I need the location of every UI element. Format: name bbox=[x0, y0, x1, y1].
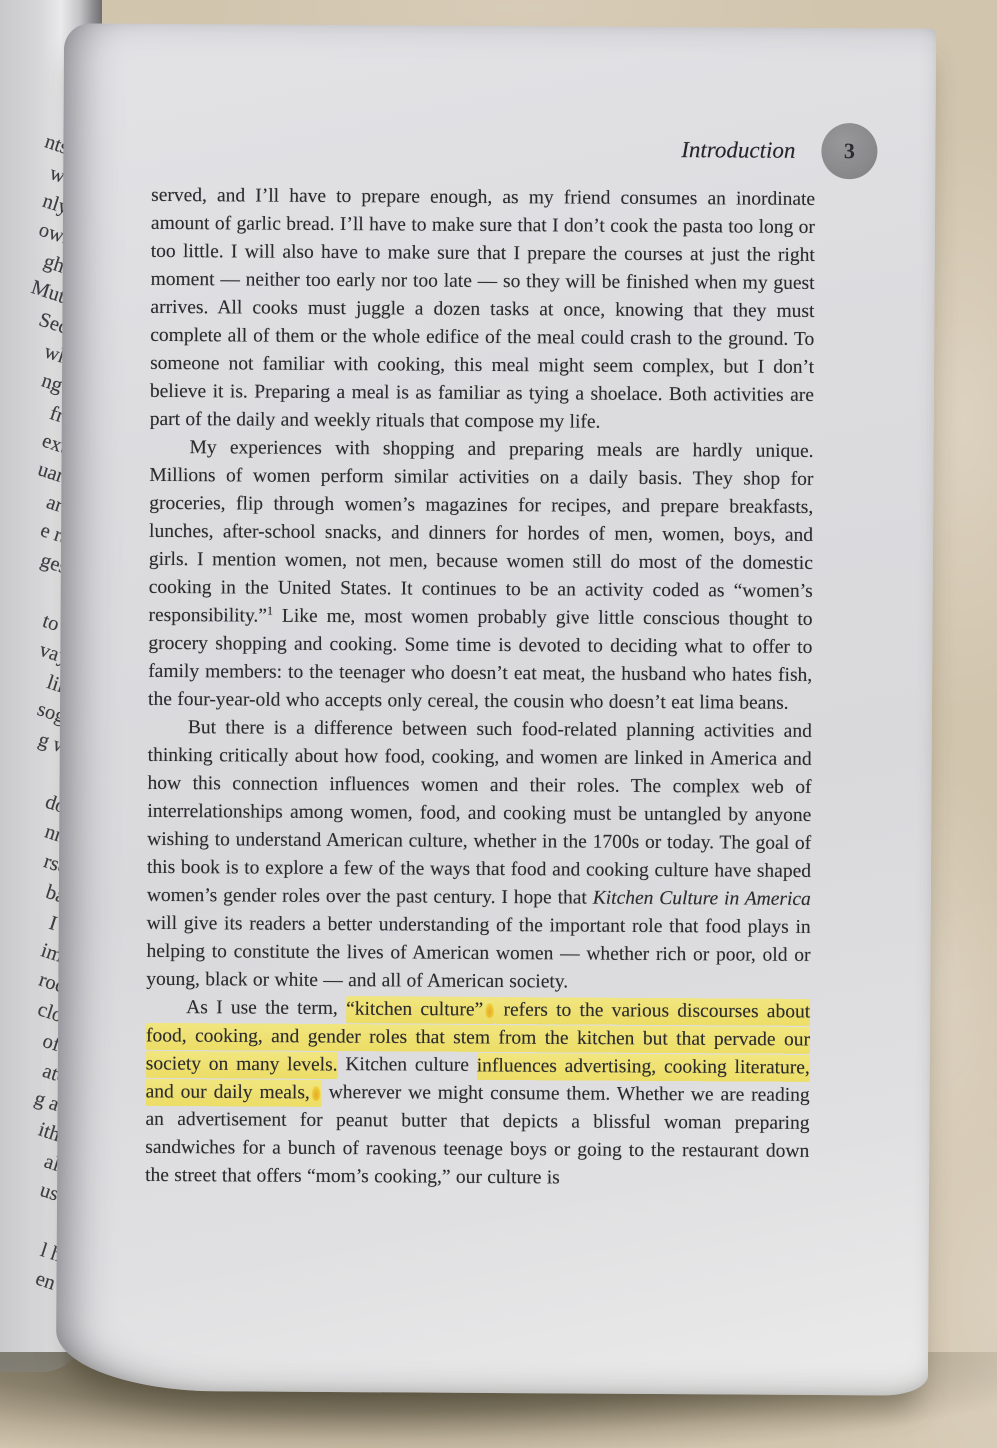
paragraph: My experiences with shopping and prepari… bbox=[148, 434, 814, 718]
text-run: But there is a difference between such f… bbox=[147, 717, 812, 908]
paragraph: served, and I’ll have to prepare enough,… bbox=[150, 182, 816, 438]
book-page: Introduction 3 served, and I’ll have to … bbox=[56, 23, 936, 1395]
highlighted-text: “kitchen culture” bbox=[346, 996, 495, 1024]
text-run: My experiences with shopping and prepari… bbox=[149, 437, 814, 626]
paragraph: But there is a difference between such f… bbox=[146, 714, 812, 998]
text-run: Kitchen culture bbox=[338, 1054, 477, 1076]
text-run: served, and I’ll have to prepare enough,… bbox=[150, 185, 815, 433]
page-body: served, and I’ll have to prepare enough,… bbox=[145, 182, 815, 1194]
paragraph: As I use the term, “kitchen culture” ref… bbox=[145, 994, 810, 1194]
book-title-italic: Kitchen Culture in America bbox=[593, 888, 811, 910]
page-header: Introduction 3 bbox=[681, 121, 877, 180]
page-number: 3 bbox=[844, 140, 855, 162]
text-run: will give its readers a better understan… bbox=[146, 913, 810, 993]
section-title: Introduction bbox=[681, 137, 795, 164]
page-number-badge: 3 bbox=[821, 123, 877, 179]
text-run: As I use the term, bbox=[186, 997, 346, 1019]
